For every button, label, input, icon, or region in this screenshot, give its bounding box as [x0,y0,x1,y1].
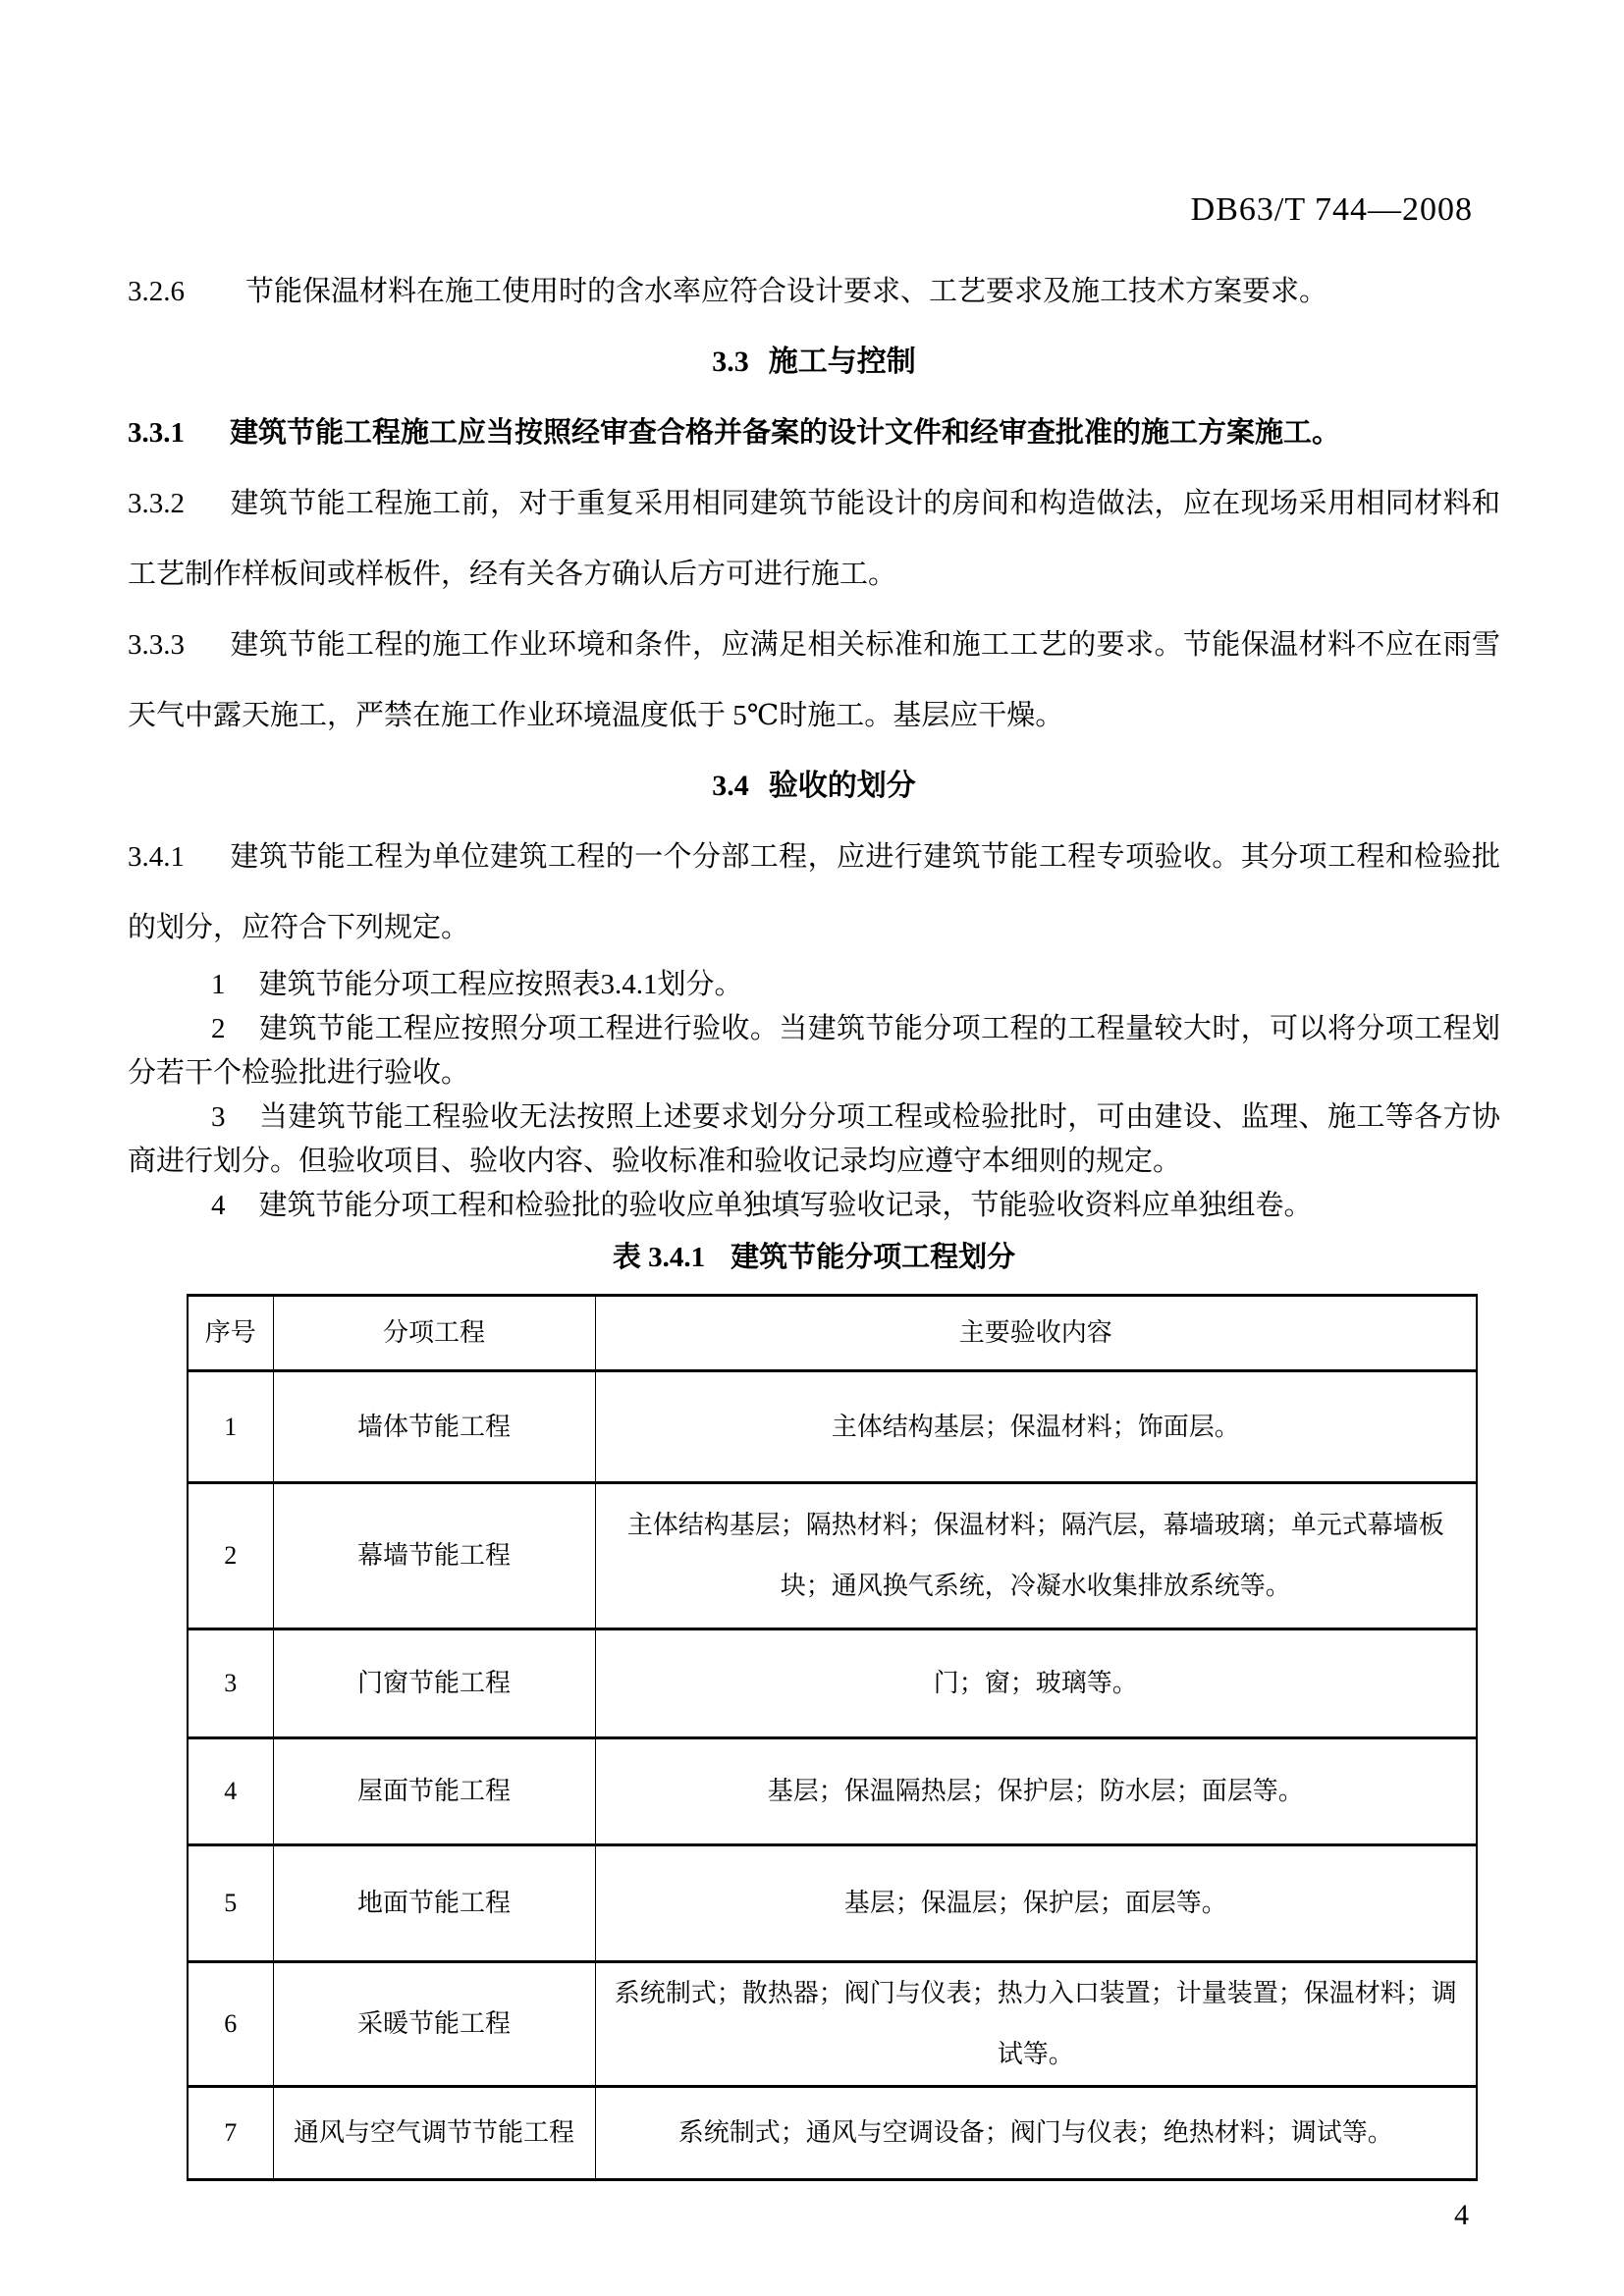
col-header-no: 序号 [188,1296,273,1371]
heading-number: 3.4 [712,770,749,802]
cell-project: 墙体节能工程 [273,1371,595,1483]
table-caption-label: 表 3.4.1 [613,1242,705,1273]
table-caption-title: 建筑节能分项工程划分 [731,1242,1015,1273]
paragraph-text: 节能保温材料在施工使用时的含水率应符合设计要求、工艺要求及施工技术方案要求。 [245,276,1327,307]
item-text: 建筑节能分项工程应按照表3.4.1划分。 [259,969,743,1000]
cell-project: 屋面节能工程 [273,1738,595,1845]
paragraph-3-3-1: 3.3.1建筑节能工程施工应当按照经审查合格并备案的设计文件和经审查批准的施工方… [128,398,1500,468]
table-row: 4 屋面节能工程 基层；保温隔热层；保护层；防水层；面层等。 [188,1738,1477,1845]
section-number: 3.2.6 [128,256,185,327]
cell-no: 1 [188,1371,273,1483]
heading-3-4: 3.4验收的划分 [128,751,1500,822]
list-item-3: 3当建筑节能工程验收无法按照上述要求划分分项工程或检验批时，可由建设、监理、施工… [128,1095,1500,1184]
cell-content: 主体结构基层；保温材料；饰面层。 [595,1371,1477,1483]
cell-no: 3 [188,1629,273,1738]
cell-content: 主体结构基层；隔热材料；保温材料；隔汽层，幕墙玻璃；单元式幕墙板块；通风换气系统… [595,1483,1477,1629]
table-row: 2 幕墙节能工程 主体结构基层；隔热材料；保温材料；隔汽层，幕墙玻璃；单元式幕墙… [188,1483,1477,1629]
cell-project: 幕墙节能工程 [273,1483,595,1629]
cell-content: 门；窗；玻璃等。 [595,1629,1477,1738]
paragraph-text: 建筑节能工程为单位建筑工程的一个分部工程，应进行建筑节能工程专项验收。其分项工程… [128,841,1500,943]
item-number: 1 [211,969,226,1000]
standard-code-header: DB63/T 744—2008 [128,189,1500,231]
heading-title: 施工与控制 [769,346,916,378]
section-number: 3.3.1 [128,398,185,468]
section-number: 3.3.2 [128,468,185,539]
table-header-row: 序号 分项工程 主要验收内容 [188,1296,1477,1371]
heading-title: 验收的划分 [769,770,916,802]
section-number: 3.4.1 [128,822,185,892]
col-header-content: 主要验收内容 [595,1296,1477,1371]
item-text: 建筑节能分项工程和检验批的验收应单独填写验收记录，节能验收资料应单独组卷。 [259,1190,1313,1221]
cell-project: 通风与空气调节节能工程 [273,2087,595,2180]
list-item-4: 4建筑节能分项工程和检验批的验收应单独填写验收记录，节能验收资料应单独组卷。 [128,1184,1500,1228]
item-number: 3 [211,1101,226,1133]
heading-3-3: 3.3施工与控制 [128,327,1500,398]
paragraph-text: 建筑节能工程施工前，对于重复采用相同建筑节能设计的房间和构造做法，应在现场采用相… [128,488,1500,590]
cell-content: 系统制式；散热器；阀门与仪表；热力入口装置；计量装置；保温材料；调试等。 [595,1962,1477,2087]
item-number: 2 [211,1013,226,1044]
table-row: 5 地面节能工程 基层；保温层；保护层；面层等。 [188,1845,1477,1962]
cell-content: 基层；保温层；保护层；面层等。 [595,1845,1477,1962]
energy-division-table: 序号 分项工程 主要验收内容 1 墙体节能工程 主体结构基层；保温材料；饰面层。… [187,1294,1478,2181]
col-header-project: 分项工程 [273,1296,595,1371]
table-row: 6 采暖节能工程 系统制式；散热器；阀门与仪表；热力入口装置；计量装置；保温材料… [188,1962,1477,2087]
list-item-1: 1建筑节能分项工程应按照表3.4.1划分。 [128,963,1500,1007]
table-row: 3 门窗节能工程 门；窗；玻璃等。 [188,1629,1477,1738]
paragraph-text: 建筑节能工程施工应当按照经审查合格并备案的设计文件和经审查批准的施工方案施工。 [230,417,1340,449]
paragraph-3-3-3: 3.3.3建筑节能工程的施工作业环境和条件，应满足相关标准和施工工艺的要求。节能… [128,610,1500,751]
item-text: 建筑节能工程应按照分项工程进行验收。当建筑节能分项工程的工程量较大时，可以将分项… [128,1013,1500,1089]
paragraph-3-2-6: 3.2.6节能保温材料在施工使用时的含水率应符合设计要求、工艺要求及施工技术方案… [128,256,1500,327]
list-item-2: 2建筑节能工程应按照分项工程进行验收。当建筑节能分项工程的工程量较大时，可以将分… [128,1007,1500,1095]
table-row: 1 墙体节能工程 主体结构基层；保温材料；饰面层。 [188,1371,1477,1483]
paragraph-text: 建筑节能工程的施工作业环境和条件，应满足相关标准和施工工艺的要求。节能保温材料不… [128,629,1500,731]
cell-project: 地面节能工程 [273,1845,595,1962]
page-number: 4 [128,2193,1500,2238]
cell-project: 采暖节能工程 [273,1962,595,2087]
paragraph-3-3-2: 3.3.2建筑节能工程施工前，对于重复采用相同建筑节能设计的房间和构造做法，应在… [128,468,1500,610]
cell-no: 4 [188,1738,273,1845]
cell-no: 7 [188,2087,273,2180]
paragraph-3-4-1: 3.4.1建筑节能工程为单位建筑工程的一个分部工程，应进行建筑节能工程专项验收。… [128,822,1500,963]
section-number: 3.3.3 [128,610,185,680]
page-content: DB63/T 744—2008 3.2.6节能保温材料在施工使用时的含水率应符合… [128,0,1500,2238]
cell-content: 系统制式；通风与空调设备；阀门与仪表；绝热材料；调试等。 [595,2087,1477,2180]
cell-project: 门窗节能工程 [273,1629,595,1738]
cell-no: 6 [188,1962,273,2087]
heading-number: 3.3 [712,346,749,378]
cell-no: 2 [188,1483,273,1629]
table-caption: 表 3.4.1建筑节能分项工程划分 [128,1228,1500,1287]
cell-no: 5 [188,1845,273,1962]
item-text: 当建筑节能工程验收无法按照上述要求划分分项工程或检验批时，可由建设、监理、施工等… [128,1101,1500,1177]
document-page: DB63/T 744—2008 3.2.6节能保温材料在施工使用时的含水率应符合… [0,0,1624,2296]
table-row: 7 通风与空气调节节能工程 系统制式；通风与空调设备；阀门与仪表；绝热材料；调试… [188,2087,1477,2180]
item-number: 4 [211,1190,226,1221]
cell-content: 基层；保温隔热层；保护层；防水层；面层等。 [595,1738,1477,1845]
